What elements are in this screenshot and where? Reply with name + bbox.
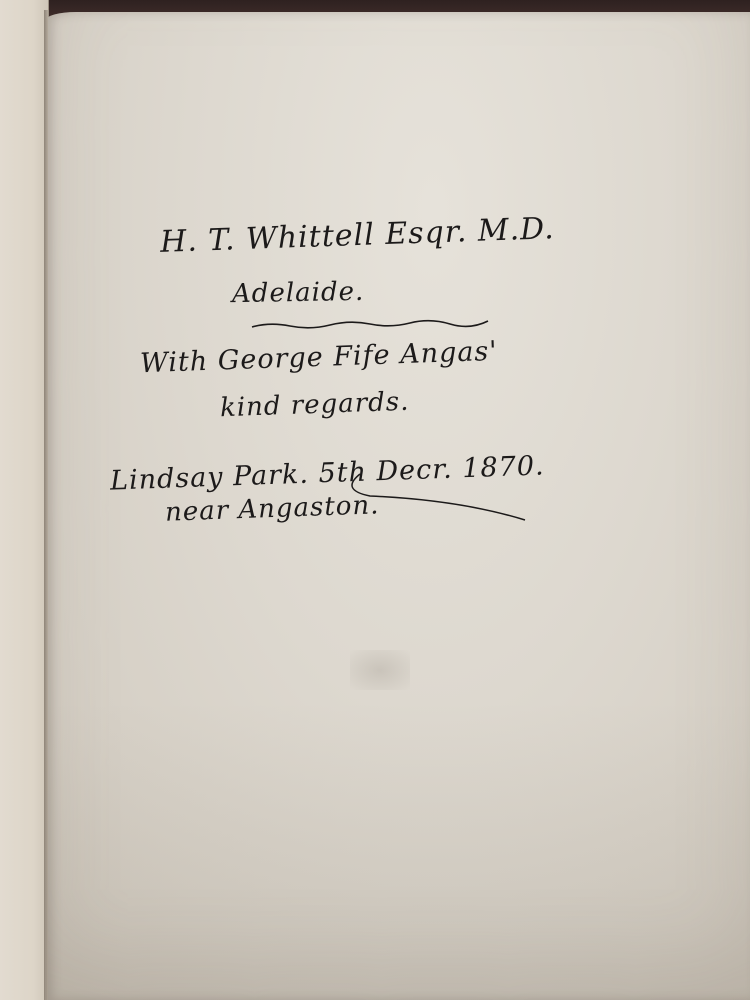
- inscription-from: With George Fife Angas': [140, 336, 499, 379]
- inscription-recipient: H. T. Whittell Esqr. M.D.: [160, 211, 556, 260]
- underline-flourish: [250, 318, 490, 332]
- inscription-regards: kind regards.: [220, 387, 410, 424]
- date-flourish: [340, 470, 540, 530]
- inscription-place: Adelaide.: [232, 277, 365, 309]
- handwritten-inscription: H. T. Whittell Esqr. M.D. Adelaide. With…: [0, 0, 750, 1000]
